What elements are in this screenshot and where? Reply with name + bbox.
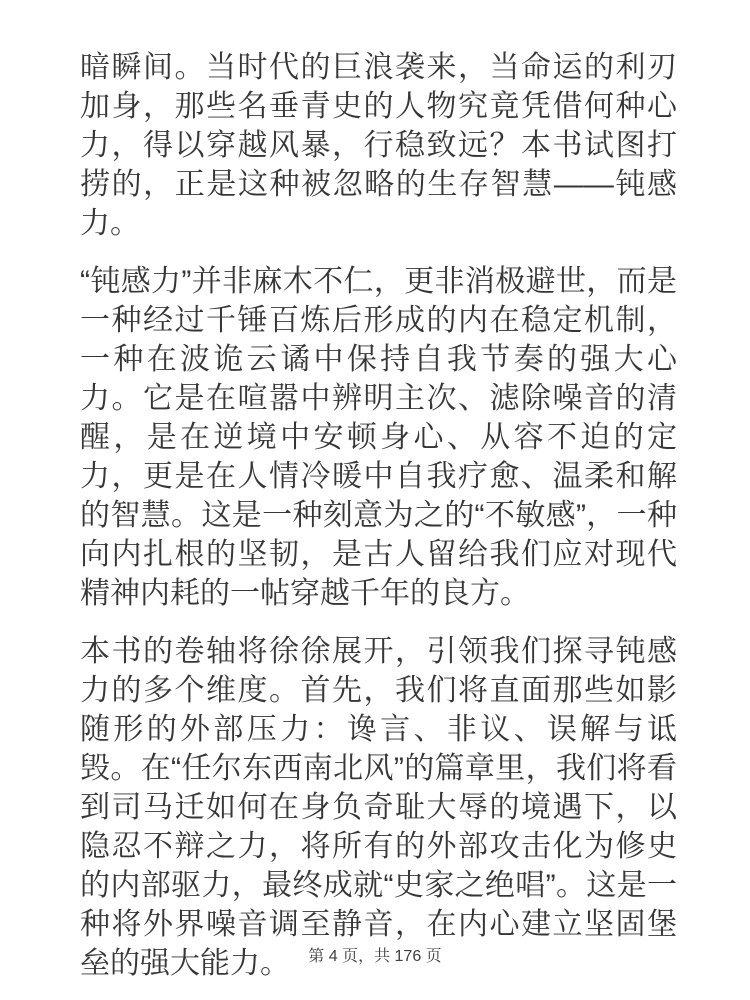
paragraph-2: “钝感力”并非麻木不仁，更非消极避世，而是一种经过千锤百炼后形成的内在稳定机制，… xyxy=(80,262,677,613)
paragraph-1: 暗瞬间。当时代的巨浪袭来，当命运的利刃加身，那些名垂青史的人物究竟凭借何种心力，… xyxy=(80,48,677,243)
page-number-indicator: 第 4 页，共 176 页 xyxy=(308,948,441,965)
page-footer: 第 4 页，共 176 页 xyxy=(0,948,750,966)
paragraph-3: 本书的卷轴将徐徐展开，引领我们探寻钝感力的多个维度。首先，我们将直面那些如影随形… xyxy=(80,632,677,983)
document-page: 暗瞬间。当时代的巨浪袭来，当命运的利刃加身，那些名垂青史的人物究竟凭借何种心力，… xyxy=(0,0,750,1000)
page-content: 暗瞬间。当时代的巨浪袭来，当命运的利刃加身，那些名垂青史的人物究竟凭借何种心力，… xyxy=(80,48,677,1000)
